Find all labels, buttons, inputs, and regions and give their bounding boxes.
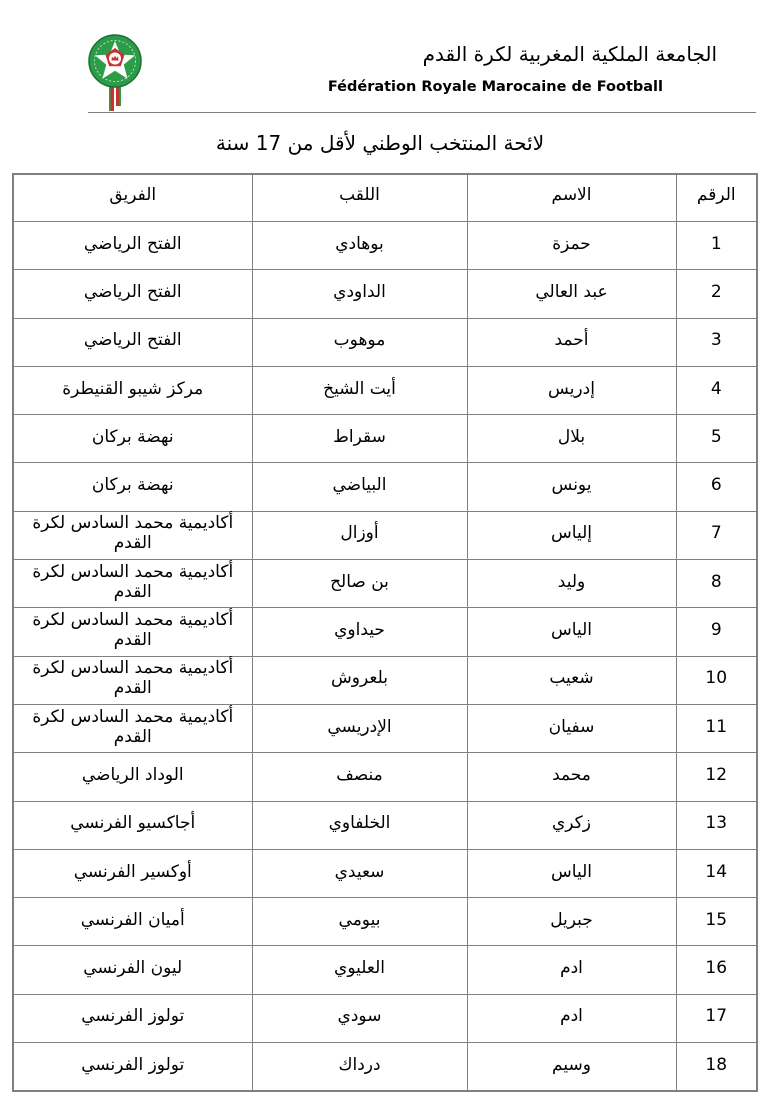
table-row: 6يونسالبياضينهضة بركان (13, 463, 757, 511)
document-page: الجامعة الملكية المغربية لكرة القدم Fédé… (0, 0, 768, 1111)
cell-surname: حيداوي (252, 608, 467, 656)
cell-num: 12 (676, 753, 757, 801)
cell-name: حمزة (467, 222, 676, 270)
cell-surname: الخلفاوي (252, 801, 467, 849)
cell-name: سفيان (467, 704, 676, 752)
table-row: 15جبريلبيوميأميان الفرنسي (13, 898, 757, 946)
table-row: 10شعيببلعروشأكاديمية محمد السادس لكرة ال… (13, 656, 757, 704)
cell-num: 10 (676, 656, 757, 704)
table-row: 9الياسحيداويأكاديمية محمد السادس لكرة ال… (13, 608, 757, 656)
cell-team: نهضة بركان (13, 415, 252, 463)
cell-num: 11 (676, 704, 757, 752)
cell-team: الفتح الرياضي (13, 318, 252, 366)
cell-team: مركز شيبو القنيطرة (13, 366, 252, 414)
table-row: 12محمدمنصفالوداد الرياضي (13, 753, 757, 801)
cell-team: أجاكسيو الفرنسي (13, 801, 252, 849)
cell-name: إدريس (467, 366, 676, 414)
cell-team: نهضة بركان (13, 463, 252, 511)
cell-num: 13 (676, 801, 757, 849)
roster-table: الرقم الاسم اللقب الفريق 1حمزةبوهاديالفت… (12, 173, 758, 1092)
cell-team: الفتح الرياضي (13, 270, 252, 318)
cell-team: أميان الفرنسي (13, 898, 252, 946)
table-row: 17ادمسوديتولوز الفرنسي (13, 994, 757, 1042)
cell-num: 2 (676, 270, 757, 318)
cell-name: محمد (467, 753, 676, 801)
cell-name: ادم (467, 994, 676, 1042)
cell-team: أكاديمية محمد السادس لكرة القدم (13, 511, 252, 559)
cell-num: 14 (676, 849, 757, 897)
table-row: 11سفيانالإدريسيأكاديمية محمد السادس لكرة… (13, 704, 757, 752)
cell-name: بلال (467, 415, 676, 463)
cell-surname: أيت الشيخ (252, 366, 467, 414)
column-header-team: الفريق (13, 174, 252, 222)
cell-team: أكاديمية محمد السادس لكرة القدم (13, 608, 252, 656)
cell-surname: العليوي (252, 946, 467, 994)
frmf-crest-icon (85, 33, 147, 113)
table-row: 5بلالسقراطنهضة بركان (13, 415, 757, 463)
cell-surname: الإدريسي (252, 704, 467, 752)
cell-num: 1 (676, 222, 757, 270)
cell-surname: منصف (252, 753, 467, 801)
cell-name: إلياس (467, 511, 676, 559)
cell-surname: موهوب (252, 318, 467, 366)
cell-team: الوداد الرياضي (13, 753, 252, 801)
cell-surname: بن صالح (252, 560, 467, 608)
cell-team: أوكسير الفرنسي (13, 849, 252, 897)
column-header-number: الرقم (676, 174, 757, 222)
cell-name: زكري (467, 801, 676, 849)
table-row: 18وسيمدرداكتولوز الفرنسي (13, 1043, 757, 1092)
cell-name: وسيم (467, 1043, 676, 1092)
cell-surname: سودي (252, 994, 467, 1042)
table-header-row: الرقم الاسم اللقب الفريق (13, 174, 757, 222)
org-name-french: Fédération Royale Marocaine de Football (263, 79, 663, 95)
cell-num: 16 (676, 946, 757, 994)
column-header-name: الاسم (467, 174, 676, 222)
cell-name: ادم (467, 946, 676, 994)
cell-num: 7 (676, 511, 757, 559)
table-row: 1حمزةبوهاديالفتح الرياضي (13, 222, 757, 270)
cell-team: تولوز الفرنسي (13, 1043, 252, 1092)
cell-surname: البياضي (252, 463, 467, 511)
cell-num: 5 (676, 415, 757, 463)
cell-team: أكاديمية محمد السادس لكرة القدم (13, 704, 252, 752)
cell-surname: سقراط (252, 415, 467, 463)
cell-surname: بوهادي (252, 222, 467, 270)
cell-team: أكاديمية محمد السادس لكرة القدم (13, 560, 252, 608)
cell-num: 17 (676, 994, 757, 1042)
table-row: 2عبد العاليالداوديالفتح الرياضي (13, 270, 757, 318)
roster-table-body: 1حمزةبوهاديالفتح الرياضي2عبد العاليالداو… (13, 222, 757, 1092)
org-name-arabic: الجامعة الملكية المغربية لكرة القدم (317, 42, 717, 66)
cell-name: وليد (467, 560, 676, 608)
cell-num: 8 (676, 560, 757, 608)
column-header-surname: اللقب (252, 174, 467, 222)
table-row: 4إدريسأيت الشيخمركز شيبو القنيطرة (13, 366, 757, 414)
cell-surname: بلعروش (252, 656, 467, 704)
table-row: 16ادمالعليويليون الفرنسي (13, 946, 757, 994)
cell-name: عبد العالي (467, 270, 676, 318)
cell-name: يونس (467, 463, 676, 511)
cell-num: 4 (676, 366, 757, 414)
cell-num: 3 (676, 318, 757, 366)
letterhead-divider (88, 112, 756, 113)
cell-team: أكاديمية محمد السادس لكرة القدم (13, 656, 252, 704)
table-row: 8وليدبن صالحأكاديمية محمد السادس لكرة ال… (13, 560, 757, 608)
table-row: 7إلياسأوزالأكاديمية محمد السادس لكرة الق… (13, 511, 757, 559)
cell-team: ليون الفرنسي (13, 946, 252, 994)
cell-team: الفتح الرياضي (13, 222, 252, 270)
cell-name: أحمد (467, 318, 676, 366)
page-title: لائحة المنتخب الوطني لأقل من 17 سنة (0, 131, 760, 155)
cell-surname: درداك (252, 1043, 467, 1092)
cell-surname: أوزال (252, 511, 467, 559)
cell-num: 6 (676, 463, 757, 511)
cell-surname: الداودي (252, 270, 467, 318)
table-row: 14الياسسعيديأوكسير الفرنسي (13, 849, 757, 897)
table-row: 13زكريالخلفاويأجاكسيو الفرنسي (13, 801, 757, 849)
cell-surname: سعيدي (252, 849, 467, 897)
cell-name: شعيب (467, 656, 676, 704)
table-row: 3أحمدموهوبالفتح الرياضي (13, 318, 757, 366)
cell-num: 9 (676, 608, 757, 656)
cell-surname: بيومي (252, 898, 467, 946)
cell-team: تولوز الفرنسي (13, 994, 252, 1042)
cell-name: الياس (467, 849, 676, 897)
cell-num: 15 (676, 898, 757, 946)
cell-num: 18 (676, 1043, 757, 1092)
cell-name: جبريل (467, 898, 676, 946)
cell-name: الياس (467, 608, 676, 656)
